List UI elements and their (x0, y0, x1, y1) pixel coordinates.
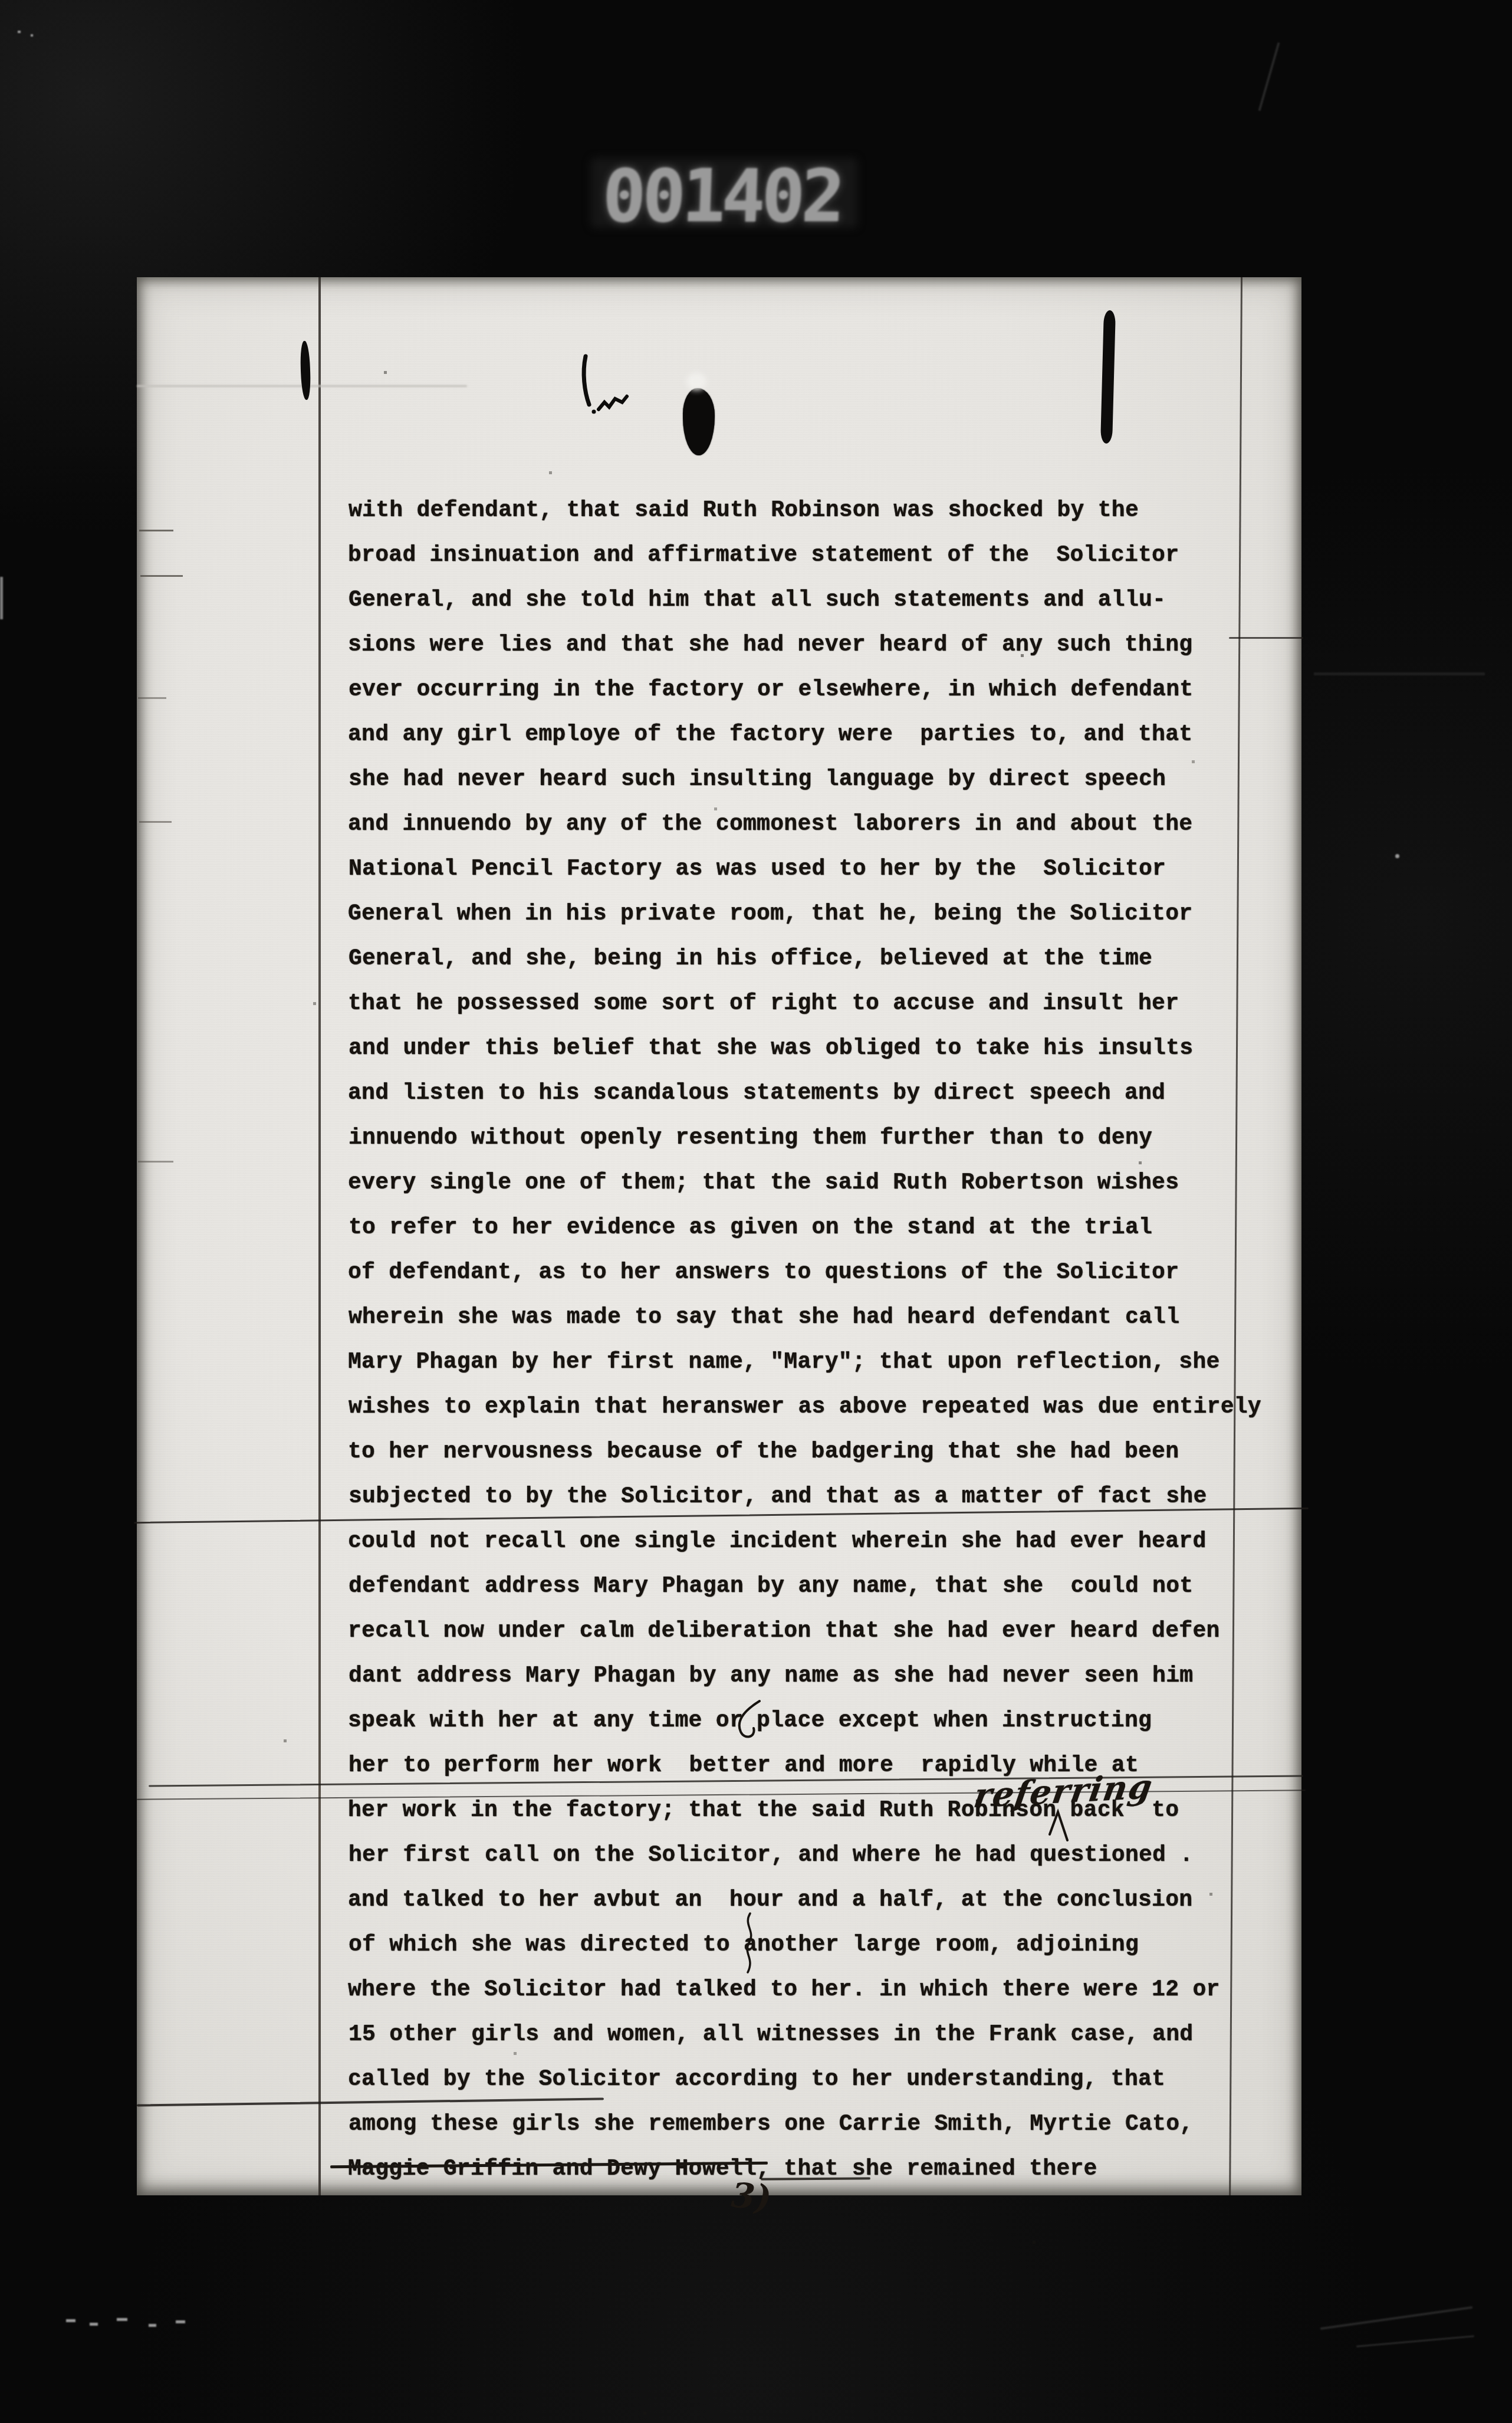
typed-line: wherein she was made to say that she had… (349, 1295, 1316, 1340)
typed-line: recall now under calm deliberation that … (348, 1609, 1315, 1654)
handwritten-squiggle (738, 1911, 762, 1976)
edge-tick-line (138, 1161, 173, 1163)
paper-flecks (137, 277, 139, 279)
typed-line: with defendant, that said Ruth Robinson … (349, 488, 1316, 533)
typed-line: among these girls she remembers one Carr… (349, 2102, 1316, 2147)
typed-line: to refer to her evidence as given on the… (349, 1206, 1316, 1250)
typed-line: and innuendo by any of the commonest lab… (348, 802, 1315, 847)
scanned-document-photo: 001402 (0, 0, 1512, 2423)
typed-line: broad insinuation and affirmative statem… (348, 533, 1315, 578)
typed-line: National Pencil Factory as was used to h… (349, 847, 1316, 892)
scratch-mark (1320, 2306, 1472, 2330)
dust-speck (31, 34, 33, 37)
typed-line: and listen to his scandalous statements … (348, 1071, 1315, 1116)
typed-line: her to perform her work better and more … (349, 1744, 1316, 1788)
typed-line: speak with her at any time or place exce… (348, 1699, 1315, 1744)
edge-tick-line (139, 530, 173, 531)
stamp-number: 001402 (601, 160, 857, 232)
film-dash (176, 2320, 185, 2323)
typed-line: and any girl employe of the factory were… (348, 713, 1315, 757)
scratch-mark (1314, 672, 1485, 675)
typed-line: subjected to by the Solicitor, and that … (349, 1475, 1316, 1519)
dust-speck (0, 577, 3, 619)
typed-line: Maggie Griffin and Dewy Howell, that she… (348, 2147, 1315, 2192)
typed-line: dant address Mary Phagan by any name as … (349, 1654, 1316, 1699)
typed-line: General when in his private room, that h… (348, 892, 1315, 937)
typed-line: of defendant, as to her answers to quest… (348, 1250, 1315, 1295)
insertion-caret-icon (1047, 1808, 1073, 1843)
dust-speck (18, 31, 21, 33)
typed-line: that he possessed some sort of right to … (348, 981, 1315, 1026)
pen-stroke-curve (581, 355, 646, 420)
document-page: with defendant, that said Ruth Robinson … (137, 277, 1301, 2195)
pen-mark-vertical (1100, 310, 1116, 444)
handwritten-squiggle (732, 1699, 768, 1752)
scratch-mark (1356, 2335, 1474, 2347)
typed-line: ever occurring in the factory or elsewhe… (349, 668, 1316, 713)
margin-rule-left (318, 277, 321, 2195)
typed-line: could not recall one single incident whe… (348, 1519, 1315, 1564)
typed-line: every single one of them; that the said … (348, 1161, 1315, 1206)
typed-line: innuendo without openly resenting them f… (349, 1116, 1316, 1161)
typed-line: Mary Phagan by her first name, "Mary"; t… (348, 1340, 1315, 1385)
scratch-mark (1258, 42, 1280, 111)
typed-line: and under this belief that she was oblig… (349, 1026, 1316, 1071)
typed-line: General, and she told him that all such … (349, 578, 1316, 623)
typed-line: wishes to explain that heranswer as abov… (349, 1385, 1316, 1430)
typed-line: General, and she, being in his office, b… (349, 937, 1316, 981)
film-dash (149, 2324, 156, 2327)
ink-blob (683, 388, 715, 455)
typed-line: to her nervousness because of the badger… (348, 1430, 1315, 1475)
edge-tick-line (138, 697, 166, 699)
typed-line: defendant address Mary Phagan by any nam… (349, 1564, 1316, 1609)
typed-line: sions were lies and that she had never h… (348, 623, 1315, 668)
typed-line: her work in the factory; that the said R… (348, 1788, 1315, 1833)
typed-line: her first call on the Solicitor, and whe… (349, 1833, 1316, 1878)
typed-line: of which she was directed to another lar… (349, 1923, 1316, 1968)
film-dash (117, 2318, 127, 2321)
typed-line: called by the Solicitor according to her… (348, 2057, 1315, 2102)
handwritten-page-number: 3) (730, 2175, 773, 2218)
typed-line: and talked to her avbut an hour and a ha… (348, 1878, 1315, 1923)
typed-line: 15 other girls and women, all witnesses … (349, 2012, 1316, 2057)
film-dash (66, 2319, 75, 2322)
typed-line: she had never heard such insulting langu… (349, 757, 1316, 802)
edge-tick-line (139, 821, 172, 823)
typed-line: where the Solicitor had talked to her. i… (348, 1968, 1315, 2012)
film-dash (90, 2323, 98, 2326)
pen-mark-vertical (300, 341, 311, 400)
edge-tick-line (140, 575, 183, 577)
typed-text-block: with defendant, that said Ruth Robinson … (348, 488, 1315, 2192)
dust-speck (1395, 854, 1399, 858)
